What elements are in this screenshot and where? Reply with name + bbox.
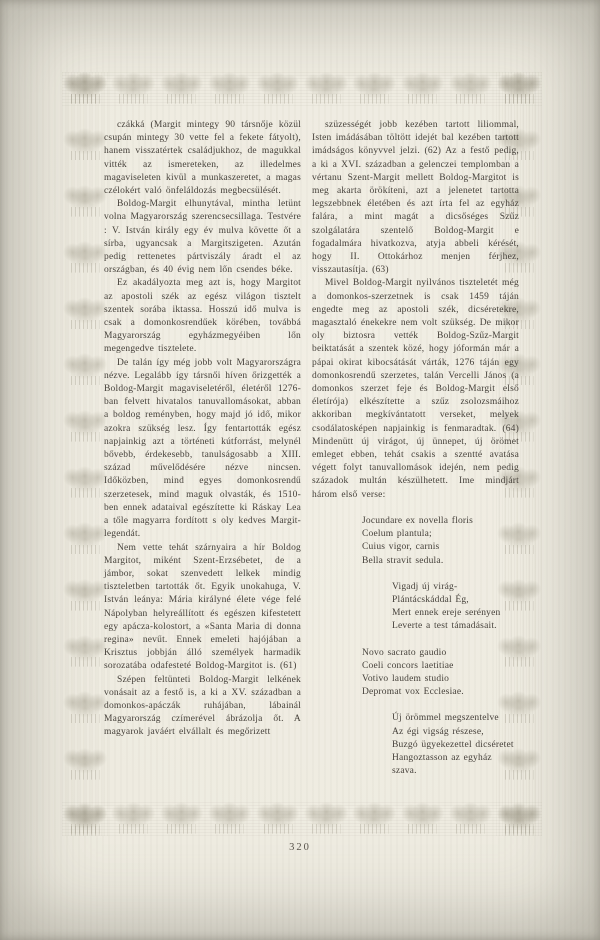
ornament-motif <box>207 802 253 834</box>
text-block: czákká (Margit mintegy 90 társnője közül… <box>104 119 519 778</box>
paragraph: Mivel Boldog-Margit nyilvános tiszteleté… <box>312 277 519 501</box>
ornament-motif <box>110 802 156 834</box>
paragraph: Ez akadályozta meg azt is, hogy Margitot… <box>104 277 301 356</box>
paragraph: szüzességét jobb kezében tartott liliomm… <box>312 119 519 277</box>
verse-latin-2: Novo sacrato gaudio Coeli concors laetit… <box>362 647 519 700</box>
page-number: 320 <box>0 842 600 853</box>
ornament-motif <box>303 72 349 104</box>
ornament-motif <box>496 72 542 104</box>
ornament-motif <box>158 72 204 104</box>
ornament-motif <box>351 802 397 834</box>
ornament-motif <box>255 72 301 104</box>
ornament-border-left <box>62 72 108 836</box>
ornament-motif <box>62 241 108 273</box>
paragraph: czákká (Margit mintegy 90 társnője közül… <box>104 119 301 198</box>
ornament-motif <box>110 72 156 104</box>
ornament-motif <box>62 410 108 442</box>
ornament-motif <box>400 72 446 104</box>
paragraph: Boldog-Margit elhunytával, mintha letünt… <box>104 198 301 277</box>
ornament-motif <box>158 802 204 834</box>
ornament-motif <box>62 748 108 780</box>
ornament-motif <box>62 804 108 836</box>
paragraph: Szépen feltünteti Boldog-Margit lelkének… <box>104 674 301 740</box>
ornament-motif <box>255 802 301 834</box>
ornament-motif <box>62 579 108 611</box>
ornament-motif <box>62 72 108 104</box>
ornament-motif <box>207 72 253 104</box>
ornament-motif <box>62 128 108 160</box>
ornament-motif <box>62 691 108 723</box>
ornament-motif <box>303 802 349 834</box>
paragraph: Nem vette tehát szárnyaira a hír Boldog … <box>104 542 301 674</box>
ornament-motif <box>62 353 108 385</box>
paragraph: De talán így még jobb volt Magyarországr… <box>104 357 301 542</box>
ornament-motif <box>448 72 494 104</box>
book-page: czákká (Margit mintegy 90 társnője közül… <box>0 0 600 940</box>
ornament-border-bottom <box>62 802 542 836</box>
ornament-border-top <box>62 72 542 106</box>
ornament-motif <box>62 522 108 554</box>
ornament-motif <box>496 804 542 836</box>
verse-hungarian-1: Vigadj új virág- Plántácskáddal Ég, Mert… <box>392 581 519 634</box>
ornament-motif <box>62 185 108 217</box>
verse-latin-1: Jocundare ex novella floris Coelum plant… <box>362 515 519 568</box>
left-column: czákká (Margit mintegy 90 társnője közül… <box>104 119 301 778</box>
right-column: szüzességét jobb kezében tartott liliomm… <box>312 119 519 778</box>
ornament-motif <box>62 635 108 667</box>
ornament-motif <box>351 72 397 104</box>
verse-hungarian-2: Új örömmel megszentelve Az égi vigság ré… <box>392 712 519 778</box>
ornament-motif <box>62 466 108 498</box>
ornament-motif <box>400 802 446 834</box>
ornament-motif <box>62 297 108 329</box>
ornament-motif <box>448 802 494 834</box>
